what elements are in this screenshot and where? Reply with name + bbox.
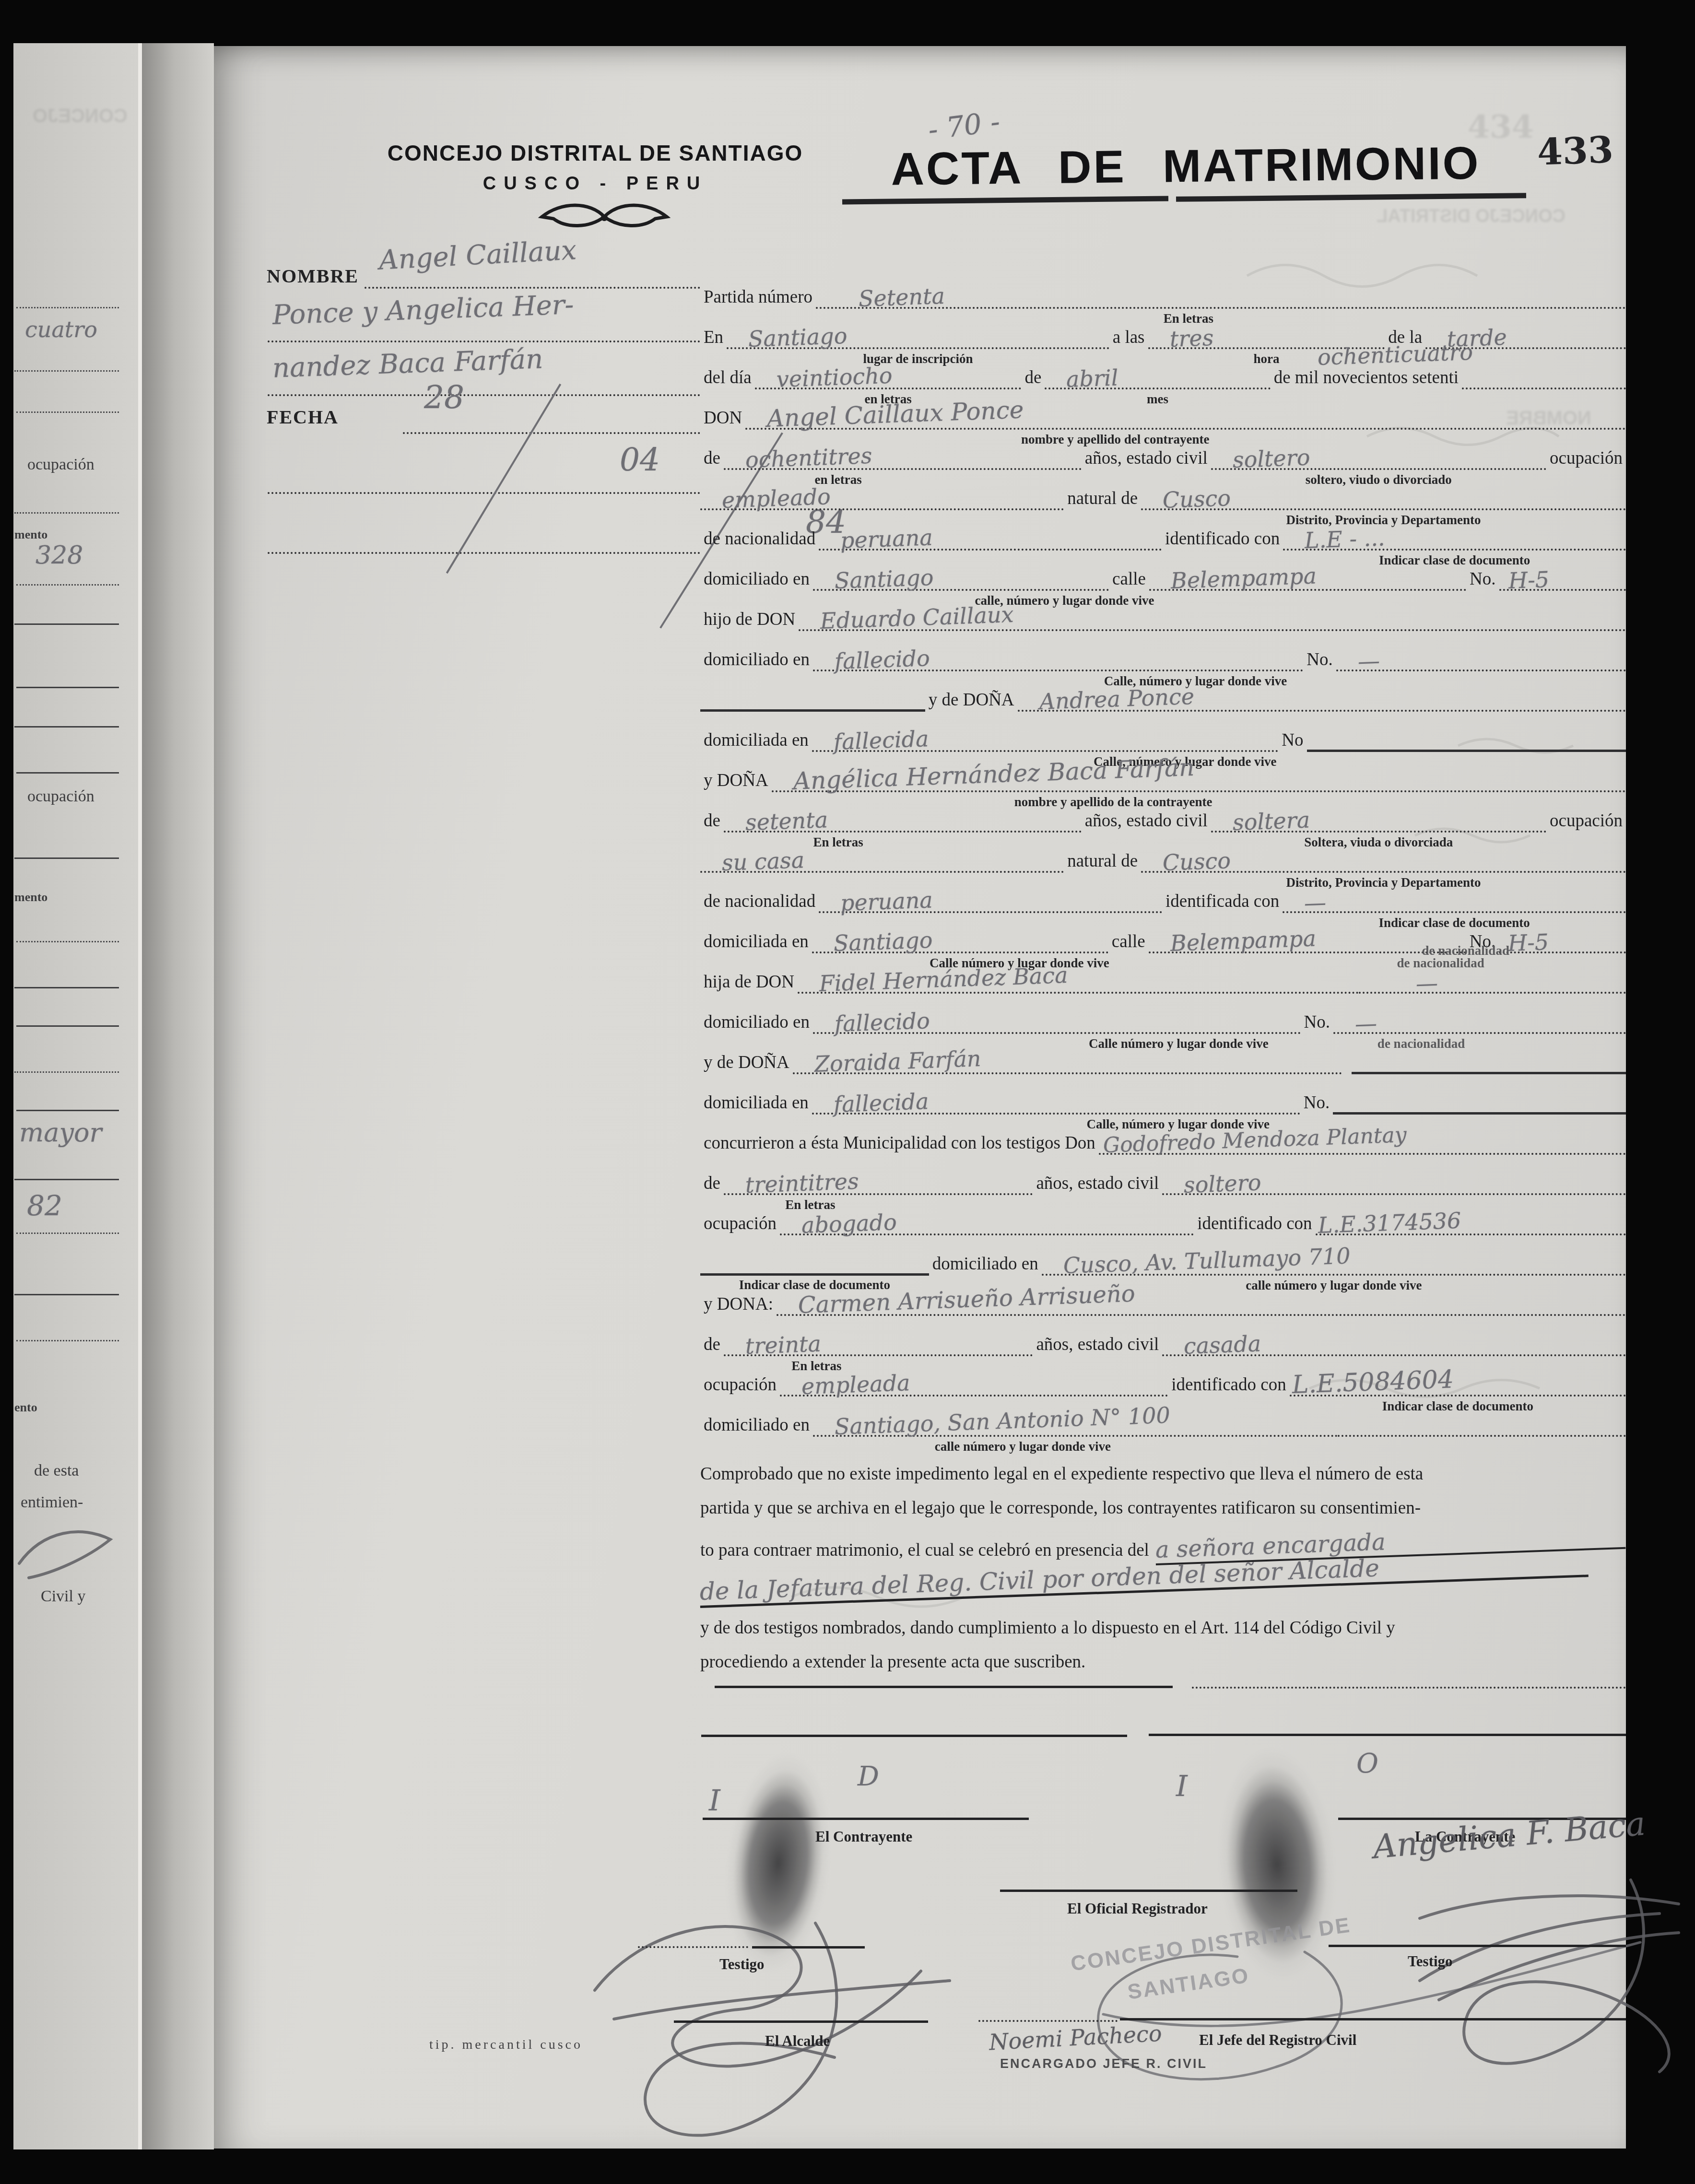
field-lugar: Santiago lugar de inscripción <box>727 321 1109 349</box>
form-row-padre: hijo de DON Eduardo Caillaux <box>700 590 1626 631</box>
field-numero2: H-5 <box>1499 926 1626 953</box>
handwritten-value: su casa <box>721 847 805 876</box>
field-label: Partida número <box>700 287 816 309</box>
closing-line-4: y de dos testigos nombrados, dando cumpl… <box>700 1618 1626 1638</box>
field-dia: veintiocho en letras <box>755 362 1022 389</box>
field-label: y DONA: <box>700 1294 777 1316</box>
field-label: de nacionalidad <box>700 891 819 913</box>
field-label: domiciliada en <box>700 730 812 752</box>
form-row-domicilio-testigo1: Indicar clase de documento domiciliado e… <box>700 1234 1626 1276</box>
fecha-line <box>403 432 700 434</box>
field-label: concurrieron a ésta Municipalidad con lo… <box>700 1133 1099 1155</box>
field-label: años, estado civil <box>1033 1173 1162 1195</box>
field-numero: H-5 <box>1499 563 1626 591</box>
nombre-line <box>268 341 700 342</box>
handwritten-value: L.E.3174536 <box>1318 1208 1461 1238</box>
field-documento: L.E - ... Indicar clase de documento <box>1283 523 1626 551</box>
field-mes: abril mes <box>1045 362 1270 389</box>
field-label: y DOÑA <box>700 770 772 792</box>
field-nacionalidad: peruana <box>819 523 1162 551</box>
page-title: ACTA DE MATRIMONIO <box>840 136 1531 196</box>
field-label: identificado con <box>1168 1374 1289 1397</box>
closing-line-3-text: to para contraer matrimonio, el cual se … <box>700 1540 1149 1561</box>
field-label: No. <box>1300 1092 1333 1115</box>
field-label: hijo de DON <box>700 609 799 631</box>
field-label: domiciliado en <box>700 569 813 591</box>
field-label: No. <box>1303 649 1336 671</box>
field-label: calle <box>1109 569 1149 591</box>
form-row-ocupacion-testigo1: ocupación abogado identificado con L.E.3… <box>700 1194 1626 1235</box>
field-nombre-padre: Eduardo Caillaux <box>799 603 1626 631</box>
field-estado-testigo1: soltero <box>1162 1167 1626 1195</box>
handwritten-value: empleada <box>801 1370 910 1399</box>
sub-label: calle número y lugar donde vive <box>935 1439 1111 1454</box>
field-domicilio-padre: fallecido Calle, número y lugar donde vi… <box>813 644 1303 671</box>
form-row-edad-estado: de ochentitres en letras años, estado ci… <box>700 429 1626 470</box>
org-name: CONCEJO DISTRITAL DE SANTIAGO <box>267 140 924 166</box>
field-label: y de DOÑA <box>925 690 1018 712</box>
field-label: hija de DON <box>700 972 798 994</box>
field-label: domiciliada en <box>700 1092 812 1115</box>
blank-rule <box>1149 1734 1626 1736</box>
handwritten-value: Angel Caillaux Ponce <box>766 396 1024 433</box>
form-row-madre: y de DOÑA Andrea Ponce <box>700 670 1626 712</box>
field-label: del día <box>700 367 755 389</box>
field-natural-de2: Cusco Distrito, Provincia y Departamento <box>1141 845 1626 873</box>
field-estado-testigo2: casada <box>1162 1328 1626 1356</box>
field-nacionalidad-padre2: — de nacionalidad <box>1359 966 1626 994</box>
handwritten-value: treintitres <box>745 1168 859 1198</box>
scanned-document: CONCEJO cuatro ocupación mento 328 ocupa… <box>0 0 1695 2184</box>
form-row-dia: del día veintiocho en letras de abril me… <box>700 348 1626 389</box>
form-row-domicilio-testigo2: domiciliado en Santiago, San Antonio N° … <box>700 1396 1626 1437</box>
field-label: domiciliado en <box>700 1012 813 1034</box>
closing-line-5: procediendo a extender la presente acta … <box>700 1652 1626 1672</box>
signature-line-oficial <box>1000 1890 1297 1892</box>
nombre-label: NOMBRE <box>267 265 359 287</box>
handwritten-value: Belempampa <box>1170 563 1317 594</box>
jefe-line <box>978 2020 1118 2022</box>
field-domicilio-distrito2: Santiago Calle número y lugar donde vive <box>812 926 1108 953</box>
field-ocupacion-testigo2: empleada <box>780 1369 1168 1397</box>
closing-line-2: partida y que se archiva en el legajo qu… <box>700 1498 1626 1518</box>
blank-rule <box>1192 1687 1626 1689</box>
field-domicilio-testigo2: Santiago, San Antonio N° 100 calle númer… <box>813 1409 1338 1437</box>
blank-rule <box>715 1686 1173 1688</box>
field-domicilio-distrito: Santiago calle, número y lugar donde viv… <box>813 563 1109 591</box>
acta-number-stamp: 433 <box>1536 128 1614 173</box>
handwritten-value: L.E.5084604 <box>1292 1365 1454 1399</box>
pen-mark: I <box>1176 1770 1188 1803</box>
closing-line-1: Comprobado que no existe impedimento leg… <box>700 1464 1626 1484</box>
field-label: calle <box>1108 931 1149 953</box>
field-nombre-contrayente: Angel Caillaux Ponce nombre y apellido d… <box>745 400 1626 430</box>
signature-testigo-left <box>566 1894 998 2144</box>
field-calle2: Belempampa de nacionalidad <box>1149 926 1466 953</box>
jefe-line <box>1120 2018 1626 2020</box>
nombre-line <box>268 394 700 396</box>
handwritten-value: Zoraida Farfán <box>814 1045 981 1077</box>
field-label: y de DOÑA <box>700 1052 793 1074</box>
form-row-partida: Partida número Setenta En letras <box>700 268 1626 309</box>
handwritten-value: Andrea Ponce <box>1039 683 1195 715</box>
field-nacionalidad2: peruana <box>819 885 1162 913</box>
field-label: domiciliado en <box>700 1415 813 1437</box>
handwritten-value: fallecida <box>833 1088 929 1117</box>
label-testigo-left: Testigo <box>719 1956 765 1973</box>
label-encargado: ENCARGADO JEFE R. CIVIL <box>1000 2056 1207 2071</box>
form-row-domicilio-madre: domiciliada en fallecida Calle, número y… <box>700 711 1626 752</box>
field-edad-testigo2: treinta En letras <box>724 1328 1033 1356</box>
handwritten-value: setenta <box>745 807 828 835</box>
field-label: de <box>700 810 724 833</box>
handwritten-value: Fidel Hernández Baca <box>819 962 1068 997</box>
form-row-nacionalidad2: de nacionalidad peruana identificada con… <box>700 872 1626 913</box>
field-label: a las <box>1109 327 1148 349</box>
field-label: de <box>700 1173 724 1195</box>
field-label: años, estado civil <box>1082 448 1211 470</box>
form-row-domicilio-madre2: domiciliada en fallecida Calle, número y… <box>700 1073 1626 1115</box>
alcalde-line <box>674 2020 928 2023</box>
form-row-edad-testigo2: de treinta En letras años, estado civil … <box>700 1315 1626 1356</box>
field-label: identificado con <box>1162 528 1283 551</box>
field-label: años, estado civil <box>1082 810 1211 833</box>
signature-line-contrayente <box>703 1818 1029 1820</box>
form-row-domicilio: domiciliado en Santiago calle, número y … <box>700 550 1626 591</box>
handwritten-value: abogado <box>801 1209 897 1238</box>
field-label: En <box>700 327 727 349</box>
field-numero-padre2: — de nacionalidad <box>1333 1006 1626 1034</box>
handwritten-value: ochentitres <box>745 443 872 473</box>
nombre-line <box>365 287 700 289</box>
form-row-ocupacion-testigo2: ocupación empleada identificado con L.E.… <box>700 1355 1626 1397</box>
testigo-line-left <box>638 1946 748 1948</box>
sub-label: de nacionalidad <box>1422 943 1509 958</box>
fecha-day: 28 <box>424 379 464 416</box>
field-label: ocupación <box>700 1374 780 1397</box>
label-testigo-right: Testigo <box>1408 1953 1453 1970</box>
field-label: No. <box>1466 569 1499 591</box>
handwritten-value: Santiago <box>833 927 933 956</box>
field-nombre-testigo2: Carmen Arrisueño Arrisueño <box>777 1287 1626 1316</box>
field-label: ocupación <box>1546 810 1626 833</box>
field-documento2: — Indicar clase de documento <box>1283 885 1626 913</box>
pen-mark: O <box>1356 1748 1378 1779</box>
handwritten-value: Santiago, San Antonio N° 100 <box>834 1402 1171 1440</box>
field-edad: ochentitres en letras <box>724 442 1082 470</box>
handwritten-value: fallecido <box>834 645 930 674</box>
label-oficial-registrador: El Oficial Registrador <box>1067 1900 1208 1917</box>
handwritten-value: Carmen Arrisueño Arrisueño <box>798 1280 1136 1319</box>
field-label: de <box>700 1334 724 1356</box>
handwritten-value: Cusco, Av. Tullumayo 710 <box>1063 1243 1351 1279</box>
field-label: de mil novecientos setenti <box>1271 367 1462 389</box>
form-row-domicilio-padre: domiciliado en fallecido Calle, número y… <box>700 630 1626 671</box>
field-label: DON <box>700 408 745 430</box>
field-ocupacion2: su casa <box>700 845 1064 873</box>
field-nombre-madre: Andrea Ponce <box>1018 684 1626 712</box>
field-estado-civil: soltero soltero, viudo o divorciado <box>1211 442 1546 470</box>
handwritten-value: Eduardo Caillaux <box>820 601 1014 634</box>
handwritten-value: veintiocho <box>776 363 893 392</box>
form-row-nacionalidad: de nacionalidad peruana identificado con… <box>700 509 1626 551</box>
field-label: de <box>700 448 724 470</box>
handwritten-value: Angélica Hernández Baca Farfán <box>793 753 1195 795</box>
form-row-domicilio-padre2: domiciliado en fallecido Calle número y … <box>700 993 1626 1034</box>
closing-paragraph: Comprobado que no existe impedimento leg… <box>700 1464 1626 1672</box>
form-row-ocupacion-natural2: su casa natural de Cusco Distrito, Provi… <box>700 832 1626 873</box>
field-label: ocupación <box>700 1213 780 1235</box>
fecha-label: FECHA <box>267 406 339 428</box>
field-numero-padre: — <box>1336 644 1626 671</box>
form-row-testigo2: y DONA: Carmen Arrisueño Arrisueño <box>700 1275 1626 1316</box>
form-row-ocupacion-natural: empleado natural de Cusco Distrito, Prov… <box>700 469 1626 510</box>
handwritten-value: Santiago <box>748 323 847 352</box>
field-label: de <box>1021 367 1045 389</box>
ornament-flourish-icon <box>532 198 676 236</box>
field-documento-testigo2: L.E.5084604 Indicar clase de documento <box>1290 1366 1626 1397</box>
handwritten-value: Belempampa <box>1170 925 1317 956</box>
field-nombre-contrayente2: Angélica Hernández Baca Farfán nombre y … <box>772 763 1626 792</box>
field-natural-de: Cusco Distrito, Provincia y Departamento <box>1141 482 1626 510</box>
field-edad-testigo1: treintitres En letras <box>724 1167 1033 1195</box>
field-domicilio-padre2: fallecido Calle número y lugar donde viv… <box>813 1006 1301 1034</box>
field-edad2: setenta En letras <box>724 805 1082 833</box>
form-row-testigo1: concurrieron a ésta Municipalidad con lo… <box>700 1114 1626 1155</box>
field-label: domiciliada en <box>700 931 812 953</box>
field-label: domiciliado en <box>929 1254 1042 1276</box>
field-calle: Belempampa <box>1149 563 1466 591</box>
field-domicilio-madre2: fallecida Calle, número y lugar donde vi… <box>812 1087 1300 1115</box>
fecha-month: 04 <box>620 441 660 478</box>
label-el-contrayente: El Contrayente <box>815 1828 912 1845</box>
label-el-alcalde: El Alcalde <box>765 2032 830 2050</box>
field-label: de nacionalidad <box>700 528 819 551</box>
handwritten-value: peruana <box>840 524 933 553</box>
form-row-lugar-hora: En Santiago lugar de inscripción a las t… <box>700 308 1626 349</box>
field-label: domiciliado en <box>700 649 813 671</box>
blank-rule <box>701 1735 1127 1737</box>
handwritten-value: fallecido <box>834 1008 930 1037</box>
testigo-line-right <box>1329 1945 1626 1947</box>
field-label: natural de <box>1064 488 1141 510</box>
pen-mark: D <box>858 1761 879 1792</box>
handwritten-value: empleado <box>721 483 831 513</box>
handwritten-value: ochenticuatro <box>1317 339 1473 370</box>
field-anio: ochenticuatro <box>1462 362 1626 389</box>
label-jefe-registro-civil: El Jefe del Registro Civil <box>1199 2031 1356 2049</box>
field-label: identificada con <box>1162 891 1283 913</box>
field-label: No. <box>1301 1012 1333 1034</box>
field-label: natural de <box>1064 851 1141 873</box>
pen-mark: I <box>709 1784 720 1818</box>
field-label: No <box>1278 730 1307 752</box>
field-partida-numero: Setenta En letras <box>816 281 1626 309</box>
field-estado-civil2: soltera Soltera, viuda o divorciada <box>1211 805 1546 833</box>
form-row-contrayente: DON Angel Caillaux Ponce nombre y apelli… <box>700 388 1626 430</box>
printer-mark: tip. mercantil cusco <box>426 2037 586 2054</box>
field-nombre-madre2: Zoraida Farfán <box>793 1046 1342 1074</box>
handwritten-value: Godofredo Mendoza Plantay <box>1103 1123 1407 1158</box>
field-label: identificado con <box>1194 1213 1315 1235</box>
handwritten-value: fallecida <box>833 726 929 755</box>
field-documento-testigo1: L.E.3174536 <box>1316 1208 1626 1235</box>
form-row-madre2: y de DOÑA Zoraida Farfán <box>700 1033 1626 1074</box>
form-row-padre2: hija de DON Fidel Hernández Baca — de na… <box>700 952 1626 994</box>
handwritten-value: Setenta <box>858 283 945 312</box>
field-domicilio-testigo1: Cusco, Av. Tullumayo 710 calle número y … <box>1042 1248 1626 1276</box>
org-place: CUSCO - PERU <box>267 174 924 194</box>
fecha-line <box>268 552 700 554</box>
field-label: años, estado civil <box>1033 1334 1162 1356</box>
form-row-edad-estado2: de setenta En letras años, estado civil … <box>700 791 1626 833</box>
field-label: ocupación <box>1546 448 1626 470</box>
fecha-line <box>268 492 700 494</box>
field-ocupacion-testigo1: abogado <box>780 1208 1194 1235</box>
handwritten-value: Santiago <box>834 564 934 594</box>
field-blank <box>1338 1435 1626 1437</box>
handwritten-value: peruana <box>840 887 933 916</box>
field-nombre-testigo1: Godofredo Mendoza Plantay <box>1099 1128 1626 1155</box>
field-nombre-padre2: Fidel Hernández Baca <box>798 966 1359 994</box>
form-row-contrayente2: y DOÑA Angélica Hernández Baca Farfán no… <box>700 751 1626 792</box>
form-row-edad-testigo1: de treintitres En letras años, estado ci… <box>700 1154 1626 1195</box>
testigo-line-left <box>752 1946 865 1949</box>
field-ocupacion: empleado <box>700 482 1064 510</box>
field-domicilio-madre: fallecida Calle, número y lugar donde vi… <box>812 724 1279 752</box>
